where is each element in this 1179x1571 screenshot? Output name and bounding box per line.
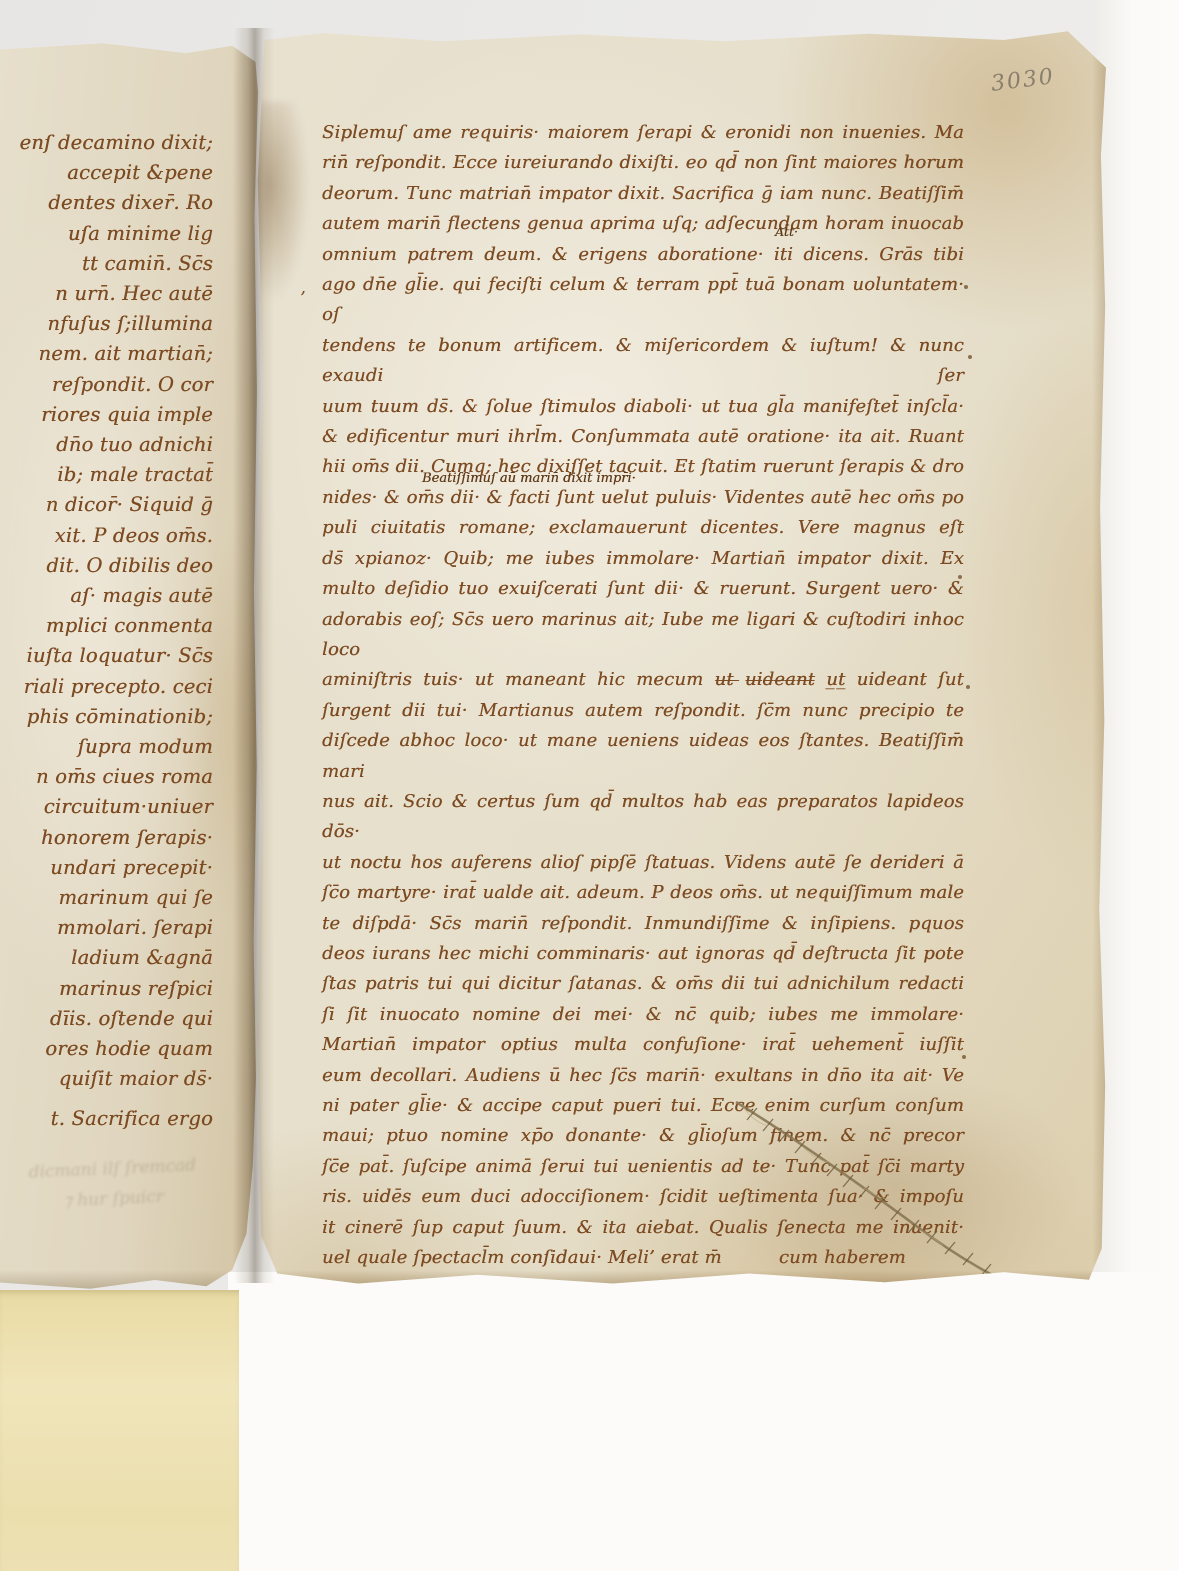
stitched-repair (714, 1088, 1034, 1298)
showthrough-text: dicmani ilſ ſremcad ⁊ hur ſpuicr (7, 1149, 219, 1218)
text-line: tt camin̄. Sc̄s (0, 249, 213, 279)
left-page-text-column: enſ decamino dixit; accepit &pene dentes… (0, 128, 213, 1134)
text-line: n om̄s ciues roma (0, 762, 213, 792)
text-line: dīis. oſtende qui (0, 1004, 213, 1034)
left-page-fragment: enſ decamino dixit; accepit &pene dentes… (0, 42, 258, 1290)
text-line: riali precepto. ceci (0, 672, 213, 702)
text-line: dn̄o tuo adnichi (0, 430, 213, 460)
text-line: puli ciuitatis romane; exclamauerunt dic… (322, 513, 964, 543)
text-line: ſtas patris tui qui dicitur ſatanas. & o… (322, 969, 964, 999)
text-line: ſc̄o martyre· irat̄ ualde ait. adeum. P … (322, 878, 964, 908)
folio-number: 3030 (990, 64, 1057, 97)
text-line: mplici conmenta (0, 611, 213, 641)
text-line: te diſpdā· Sc̄s marin̄ reſpondit. Inmund… (322, 909, 964, 939)
text-line: nfuſus ſ;illumina (0, 309, 213, 339)
text-line: honorem ſerapis· (0, 823, 213, 853)
ink-speck (966, 685, 970, 689)
text-line: iuſta loquatur· Sc̄s (0, 641, 213, 671)
text-line: n urn̄. Hec autē (0, 279, 213, 309)
text-line: deorum. Tunc matrian̄ impator dixit. Sac… (322, 179, 964, 209)
left-page-bottom-shade (0, 1270, 258, 1290)
backdrop-bottom-sheet (228, 1272, 1179, 1571)
ink-speck (958, 575, 962, 579)
text-line: & edificentur muri ihrl̄m. Conſummata au… (322, 422, 964, 452)
text-line: dit. O dibilis deo (0, 551, 213, 581)
text-line: ds̄ xpianoz· Quib; me iubes immolare· Ma… (322, 544, 964, 574)
text-line: riores quia imple (0, 400, 213, 430)
text-line: t. Sacrifica ergo (0, 1104, 213, 1134)
text-line: mmolari. ſerapi (0, 913, 213, 943)
text-line: aminiſtris tuis· ut maneant hic mecum u̶… (322, 665, 964, 695)
text-line: n dicor̄· Siquid ḡ (0, 490, 213, 520)
text-line: ſupra modum (0, 732, 213, 762)
text-line: accepit &pene (0, 158, 213, 188)
text-line: ut noctu hos auferens alioſ pipſē ſtatua… (322, 848, 964, 878)
text-line: marinum qui ſe (0, 883, 213, 913)
text-line: phis cōminationib; (0, 702, 213, 732)
text-line: ago dn̄e gl̄ie. qui feciſti celum & terr… (322, 270, 964, 331)
text-line: nus ait. Scio & certus ſum qd̄ multos ha… (322, 787, 964, 848)
text-line: eum decollari. Audiens ū hec ſc̄s marin̄… (322, 1061, 964, 1091)
text-line: nem. ait martian̄; (0, 339, 213, 369)
text-line: enſ decamino dixit; (0, 128, 213, 158)
text-line: ſi ſit inuocato nomine dei mei· & nc̄ qu… (322, 1000, 964, 1030)
text-line: deos iurans hec michi comminaris· aut ig… (322, 939, 964, 969)
text-line: omnium patrem deum. & erigens aboratione… (322, 240, 964, 270)
text-line: tendens te bonum artificem. & miſericord… (322, 331, 964, 392)
manuscript-photo: enſ decamino dixit; accepit &pene dentes… (0, 0, 1179, 1571)
ink-speck (964, 285, 968, 289)
text-line: uſa minime lig (0, 219, 213, 249)
text-line: nides· & om̄s dii· & facti ſunt uelut pu… (322, 483, 964, 513)
text-line: undari precepit· (0, 853, 213, 883)
text-line: dentes dixer̄. Ro (0, 188, 213, 218)
text-line: Martian̄ impator optius multa confuſione… (322, 1030, 964, 1060)
interlinear-note-att: At̄t· (775, 225, 798, 239)
text-line: autem marin̄ flectens genua aprima uſq; … (322, 209, 964, 239)
text-line: adorabis eoſ; Sc̄s uero marinus ait; Iub… (322, 605, 964, 666)
text-line: hii om̄s dii. Cumq; hec dixiſſet tacuit.… (322, 452, 964, 482)
text-line: diſcede abhoc loco· ut mane ueniens uide… (322, 726, 964, 787)
left-page-edge-shade (232, 42, 258, 1290)
text-line: Siplemuſ ame requiris· maiorem ſerapi & … (322, 118, 964, 148)
gutter-stain (252, 102, 312, 312)
text-line: ib; male tractat̄ (0, 460, 213, 490)
ink-speck (962, 1055, 966, 1059)
text-line: ladium &agnā (0, 943, 213, 973)
text-line: multo deſidio tuo exuiſcerati ſunt dii· … (322, 574, 964, 604)
text-line: uum tuum ds̄. & ſolue ſtimulos diaboli· … (322, 392, 964, 422)
text-line: circuitum·uniuer (0, 792, 213, 822)
interlinear-note-beatissimus: Beatiſſimuſ aū marin̄ dixit impr̄i· (422, 472, 636, 486)
text-line: reſpondit. O cor (0, 370, 213, 400)
margin-mark: ’ (300, 288, 306, 309)
ink-speck (968, 355, 972, 359)
text-line: rin̄ reſpondit. Ecce iureiurando dixiſti… (322, 148, 964, 178)
text-line: ſurgent dii tui· Martianus autem reſpond… (322, 696, 964, 726)
yellow-bookmark-paper (0, 1290, 239, 1571)
text-line: quiſit maior ds̄· (0, 1064, 213, 1094)
text-line: xit. P deos om̄s. (0, 521, 213, 551)
main-page: 3030 ’ At̄t· Beatiſſimuſ aū marin̄ dixit… (256, 30, 1106, 1286)
text-line: ores hodie quam (0, 1034, 213, 1064)
text-line: marinus reſpici (0, 974, 213, 1004)
text-line: aſ· magis autē (0, 581, 213, 611)
